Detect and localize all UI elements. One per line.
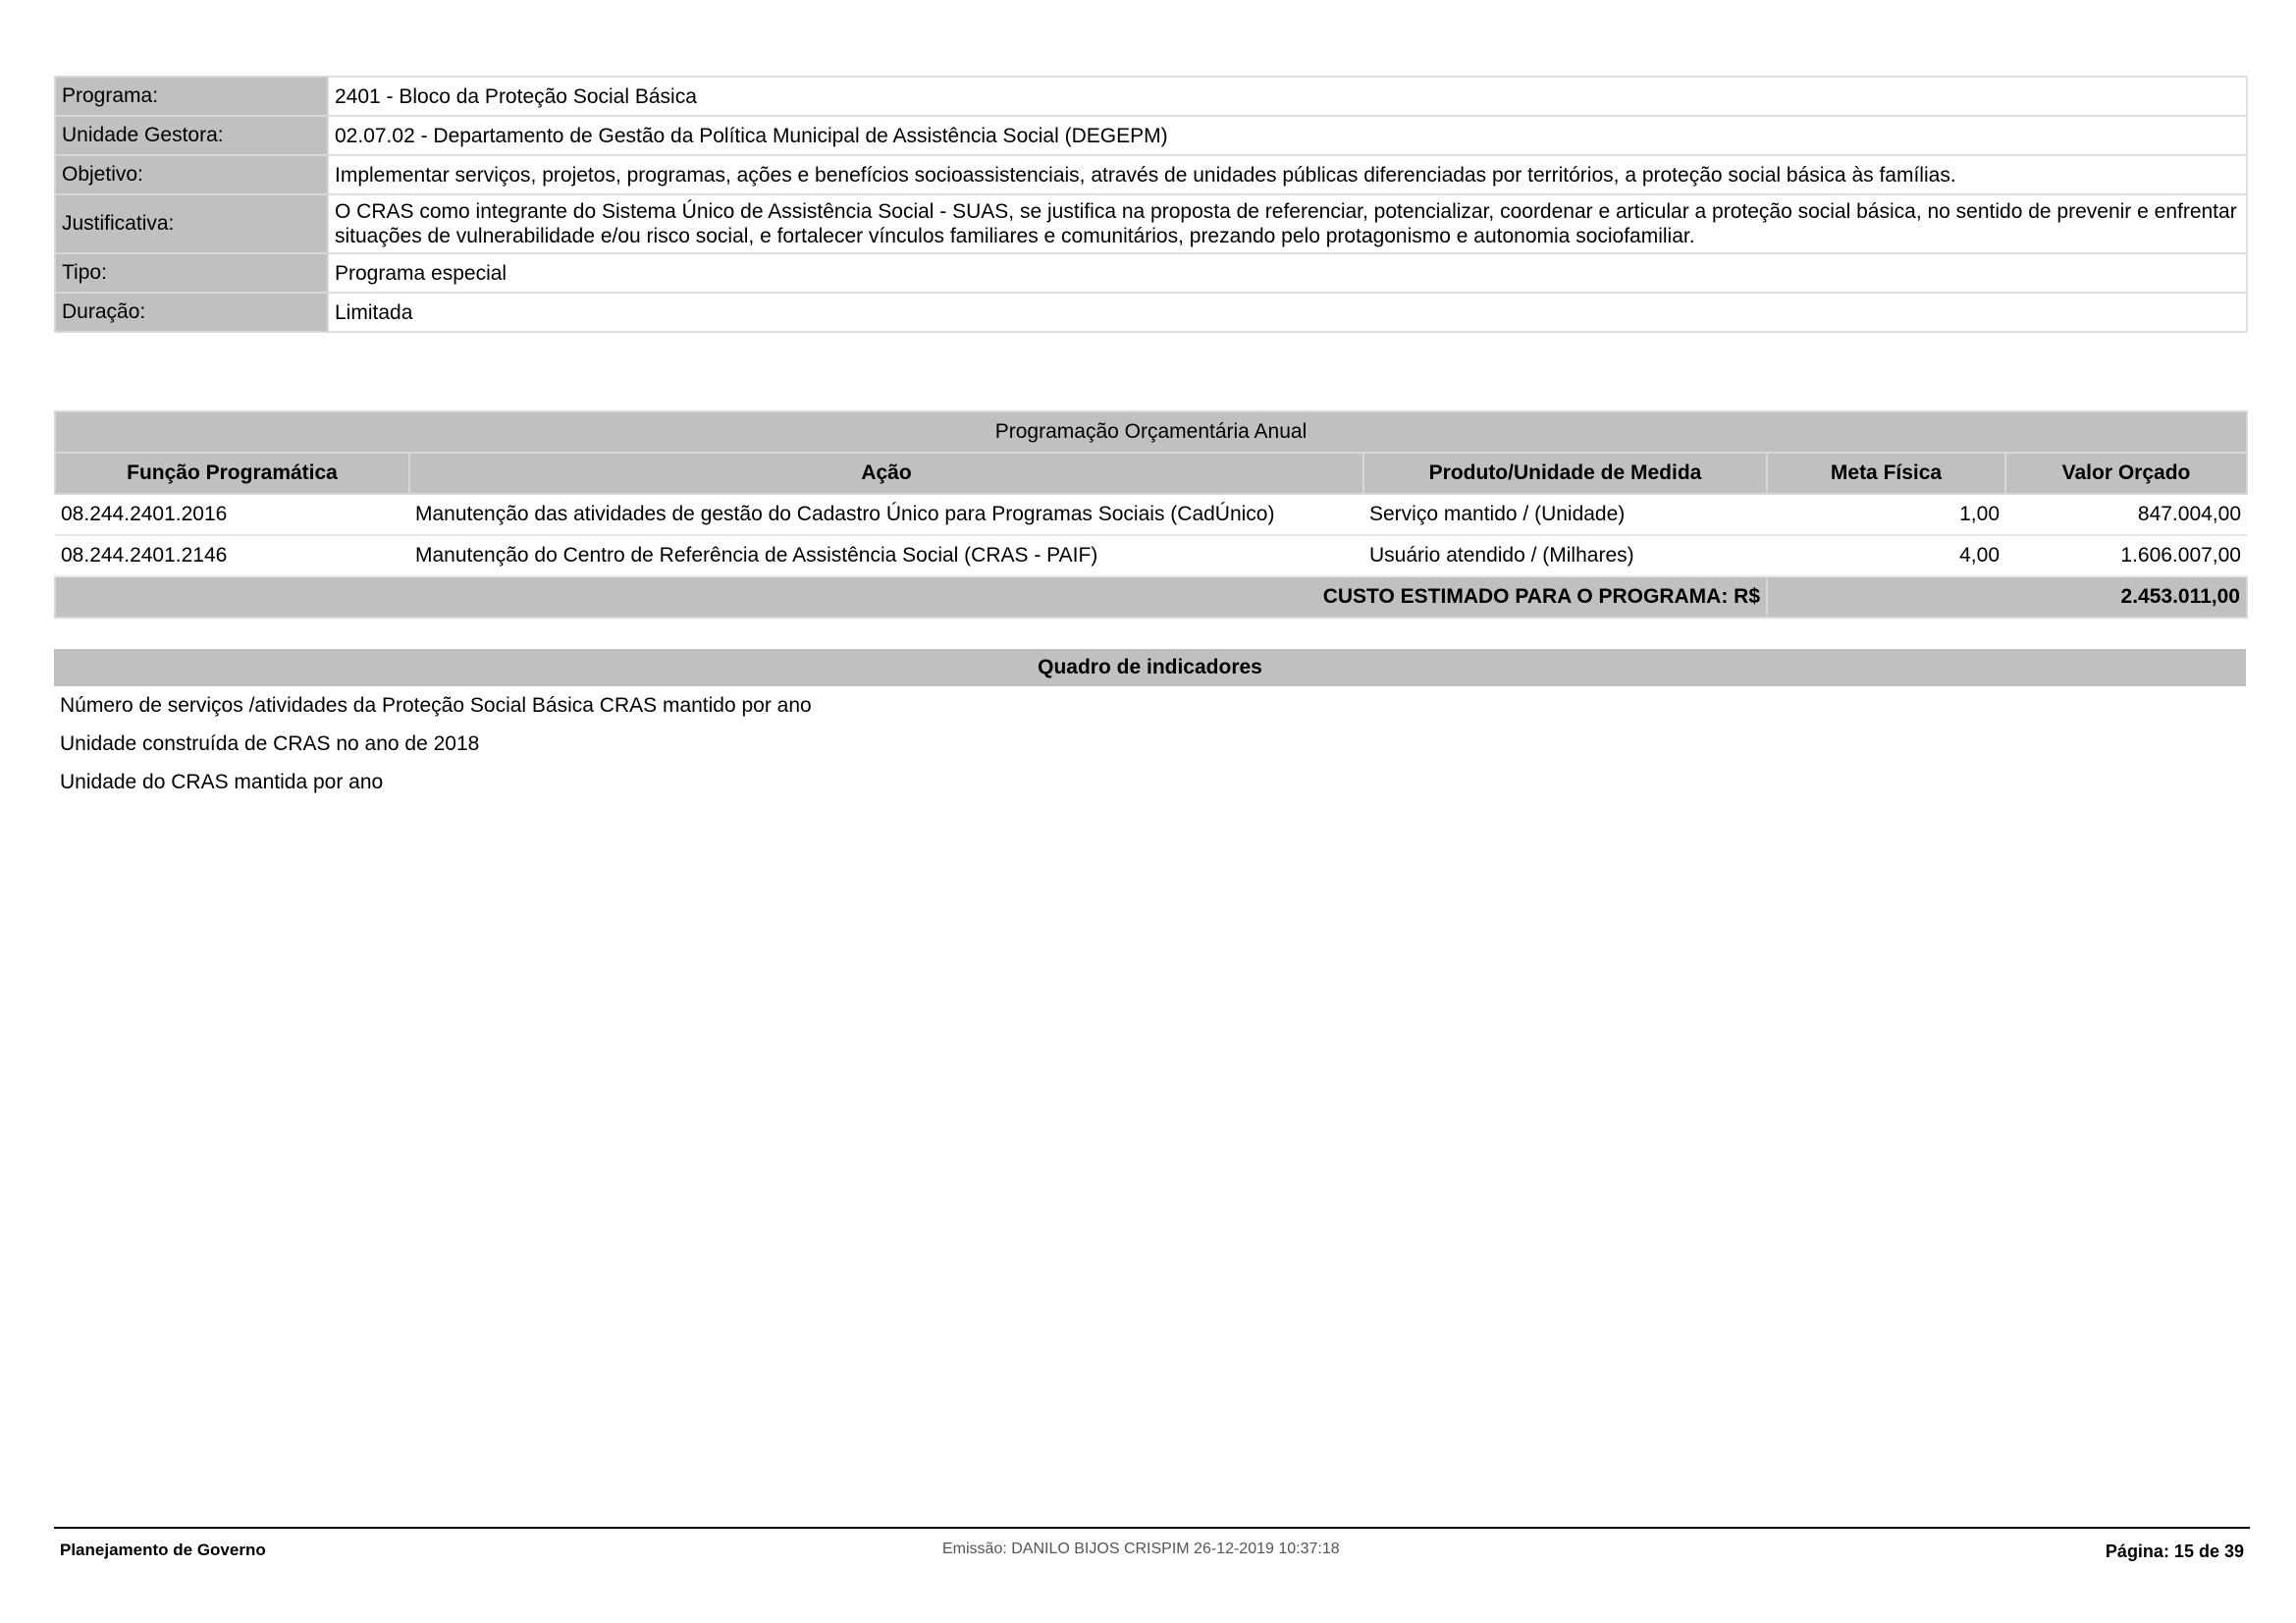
program-info-table: Programa: 2401 - Bloco da Proteção Socia… <box>54 76 2248 333</box>
cell-acao: Manutenção das atividades de gestão do C… <box>409 494 1363 535</box>
info-row-unidade-gestora: Unidade Gestora: 02.07.02 - Departamento… <box>55 116 2247 155</box>
info-value: 02.07.02 - Departamento de Gestão da Pol… <box>328 116 2247 155</box>
header-produto-unidade: Produto/Unidade de Medida <box>1363 453 1767 494</box>
cell-meta: 1,00 <box>1767 494 2005 535</box>
total-row: CUSTO ESTIMADO PARA O PROGRAMA: R$ 2.453… <box>55 576 2247 618</box>
info-label: Tipo: <box>55 253 328 293</box>
info-value: Programa especial <box>328 253 2247 293</box>
info-row-justificativa: Justificativa: O CRAS como integrante do… <box>55 194 2247 253</box>
cell-meta: 4,00 <box>1767 535 2005 576</box>
budget-title: Programação Orçamentária Anual <box>55 411 2247 453</box>
footer-department: Planejamento de Governo <box>60 1541 266 1560</box>
info-label: Programa: <box>55 77 328 116</box>
info-label: Unidade Gestora: <box>55 116 328 155</box>
info-row-objetivo: Objetivo: Implementar serviços, projetos… <box>55 155 2247 194</box>
page-number: Página: 15 de 39 <box>2106 1542 2244 1562</box>
cell-produto: Serviço mantido / (Unidade) <box>1363 494 1767 535</box>
info-value: Limitada <box>328 293 2247 332</box>
cell-produto: Usuário atendido / (Milhares) <box>1363 535 1767 576</box>
cell-valor: 1.606.007,00 <box>2005 535 2247 576</box>
footer-emission: Emissão: DANILO BIJOS CRISPIM 26-12-2019… <box>942 1541 1340 1558</box>
cell-funcao: 08.244.2401.2016 <box>55 494 409 535</box>
budget-title-row: Programação Orçamentária Anual <box>55 411 2247 453</box>
budget-header-row: Função Programática Ação Produto/Unidade… <box>55 453 2247 494</box>
list-item: Unidade do CRAS mantida por ano <box>60 763 812 801</box>
table-row: 08.244.2401.2016 Manutenção das atividad… <box>55 494 2247 535</box>
cell-acao: Manutenção do Centro de Referência de As… <box>409 535 1363 576</box>
header-acao: Ação <box>409 453 1363 494</box>
info-row-programa: Programa: 2401 - Bloco da Proteção Socia… <box>55 77 2247 116</box>
list-item: Número de serviços /atividades da Proteç… <box>60 686 812 725</box>
header-meta-fisica: Meta Física <box>1767 453 2005 494</box>
list-item: Unidade construída de CRAS no ano de 201… <box>60 725 812 763</box>
cell-valor: 847.004,00 <box>2005 494 2247 535</box>
table-row: 08.244.2401.2146 Manutenção do Centro de… <box>55 535 2247 576</box>
total-value: 2.453.011,00 <box>1767 576 2247 618</box>
info-label: Duração: <box>55 293 328 332</box>
info-row-tipo: Tipo: Programa especial <box>55 253 2247 293</box>
header-valor-orcado: Valor Orçado <box>2005 453 2247 494</box>
total-label: CUSTO ESTIMADO PARA O PROGRAMA: R$ <box>55 576 1767 618</box>
indicators-list: Número de serviços /atividades da Proteç… <box>60 686 812 801</box>
footer-divider <box>54 1527 2250 1529</box>
indicators-title: Quadro de indicadores <box>54 649 2246 686</box>
info-label: Justificativa: <box>55 194 328 253</box>
info-value: 2401 - Bloco da Proteção Social Básica <box>328 77 2247 116</box>
cell-funcao: 08.244.2401.2146 <box>55 535 409 576</box>
header-funcao-programatica: Função Programática <box>55 453 409 494</box>
budget-table: Programação Orçamentária Anual Função Pr… <box>54 410 2248 619</box>
info-value: O CRAS como integrante do Sistema Único … <box>328 194 2247 253</box>
info-label: Objetivo: <box>55 155 328 194</box>
info-value: Implementar serviços, projetos, programa… <box>328 155 2247 194</box>
info-row-duracao: Duração: Limitada <box>55 293 2247 332</box>
